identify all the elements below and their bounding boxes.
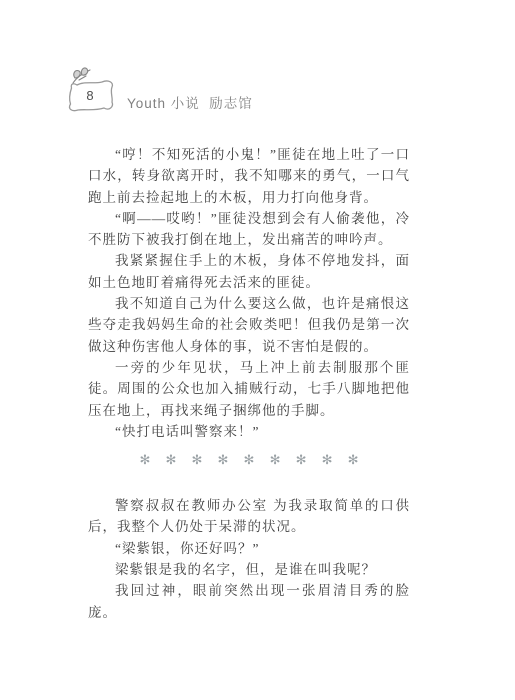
paragraph: “梁紫银，你还好吗？”	[88, 538, 410, 559]
page-number-badge: 8	[63, 66, 121, 116]
paragraph: 我紧紧握住手上的木板，身体不停地发抖，面如土色地盯着痛得死去活来的匪徒。	[88, 250, 410, 293]
body-text: “哼！不知死活的小鬼！”匪徒在地上吐了一口口水，转身欲离开时，我不知哪来的勇气，…	[88, 144, 410, 623]
paragraph: 我回过神，眼前突然出现一张眉清目秀的脸庞。	[88, 580, 410, 623]
paragraph: 警察叔叔在教师办公室 为我录取简单的口供后，我整个人仍处于呆滞的状况。	[88, 495, 410, 538]
paragraph: “啊——哎哟！”匪徒没想到会有人偷袭他，冷不胜防下被我打倒在地上，发出痛苦的呻吟…	[88, 208, 410, 251]
paragraph: “快打电话叫警察来！”	[88, 421, 410, 442]
paragraph: 我不知道自己为什么要这么做，也许是痛恨这些夺走我妈妈生命的社会败类吧！但我仍是第…	[88, 293, 410, 357]
book-page: 8 Youth 小说 励志馆 “哼！不知死活的小鬼！”匪徒在地上吐了一口口水，转…	[0, 0, 515, 700]
paragraph: 一旁的少年见状，马上冲上前去制服那个匪徒。周围的公众也加入捕贼行动，七手八脚地把…	[88, 357, 410, 421]
flower-divider: ✻ ✻ ✻ ✻ ✻ ✻ ✻ ✻ ✻	[88, 452, 410, 470]
leaf-sprig-icon	[73, 68, 90, 83]
paragraph: 梁紫银是我的名字，但，是谁在叫我呢？	[88, 559, 410, 580]
paragraph: “哼！不知死活的小鬼！”匪徒在地上吐了一口口水，转身欲离开时，我不知哪来的勇气，…	[88, 144, 410, 208]
page-number: 8	[82, 88, 98, 103]
series-label: Youth 小说 励志馆	[127, 92, 253, 112]
